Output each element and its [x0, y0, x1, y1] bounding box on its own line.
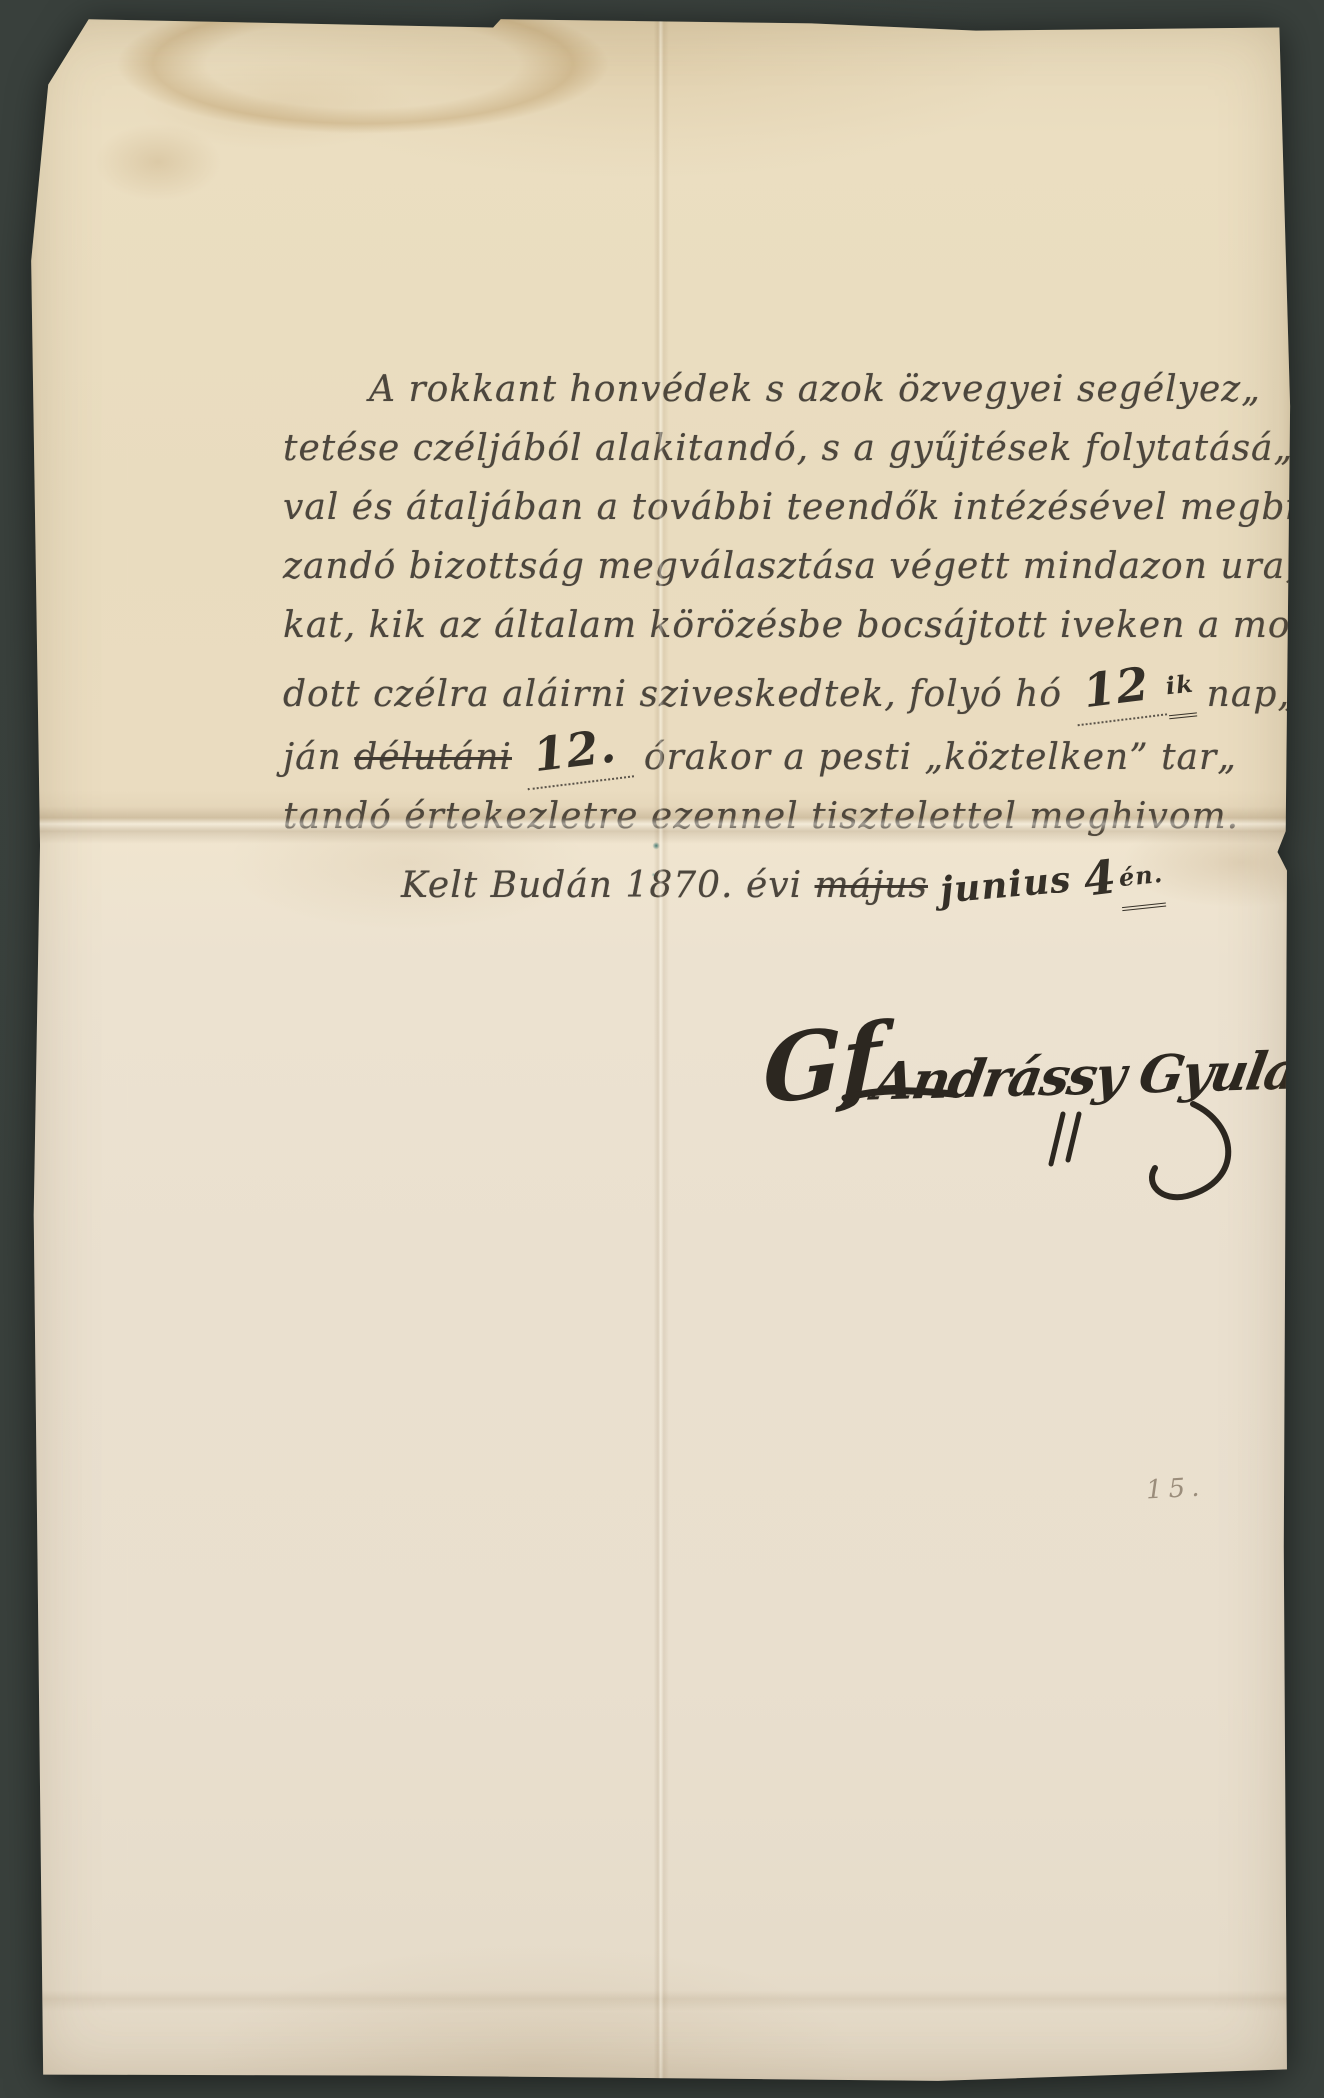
handwritten-month: junius	[938, 850, 1074, 920]
signature-connector-stroke	[845, 1091, 953, 1098]
handwritten-hour-number: 12.	[521, 715, 635, 791]
dateline: Kelt Budán 1870. évi május junius 4én.	[401, 846, 1283, 915]
letter-body: A rokkant honvédek s azok özvegyei segél…	[283, 360, 1283, 915]
signature-flourish	[763, 1012, 1243, 1212]
letter-line: ján délutáni 12. órakor a pesti „köztelk…	[283, 724, 1283, 787]
struck-month: május	[815, 865, 928, 906]
printed-text: dott czélra aláirni sziveskedtek, folyó …	[283, 674, 1062, 715]
printed-text: órakor a pesti „köztelken” tar„	[644, 737, 1237, 778]
struck-word: délutáni	[354, 737, 512, 778]
letter-line: tandó értekezletre ezennel tisztelettel …	[283, 787, 1283, 846]
signature-tail-flourish	[1152, 1104, 1228, 1197]
printed-text: Kelt Budán 1870. évi	[401, 865, 802, 906]
handwritten-ordinal-suffix: ik	[1163, 654, 1197, 720]
letter-line: kat, kik az általam körözésbe bocsájtott…	[283, 596, 1283, 655]
photo-backdrop: A rokkant honvédek s azok özvegyei segél…	[0, 0, 1324, 2098]
handwritten-date-suffix: én.	[1116, 844, 1166, 911]
handwritten-day: 4	[1081, 847, 1121, 910]
letter-line: zandó bizottság megválasztása végett min…	[283, 537, 1283, 596]
letter-line: tetése czéljából alakitandó, s a gyűjtés…	[283, 419, 1283, 478]
pencil-annotation: 15.	[1145, 1472, 1206, 1505]
signature-block: Gf Andrássy Gyula	[763, 1012, 1243, 1212]
printed-text: ján	[283, 737, 342, 778]
handwritten-day-number: 12	[1071, 653, 1168, 727]
letter-line: A rokkant honvédek s azok özvegyei segél…	[283, 360, 1283, 419]
letter-page: A rokkant honvédek s azok özvegyei segél…	[28, 12, 1292, 2086]
letter-line: dott czélra aláirni sziveskedtek, folyó …	[283, 655, 1283, 724]
letter-line: val és átaljában a további teendők intéz…	[283, 478, 1283, 537]
printed-text: nap„	[1207, 674, 1297, 715]
signature-descender-strokes	[1051, 1114, 1079, 1164]
